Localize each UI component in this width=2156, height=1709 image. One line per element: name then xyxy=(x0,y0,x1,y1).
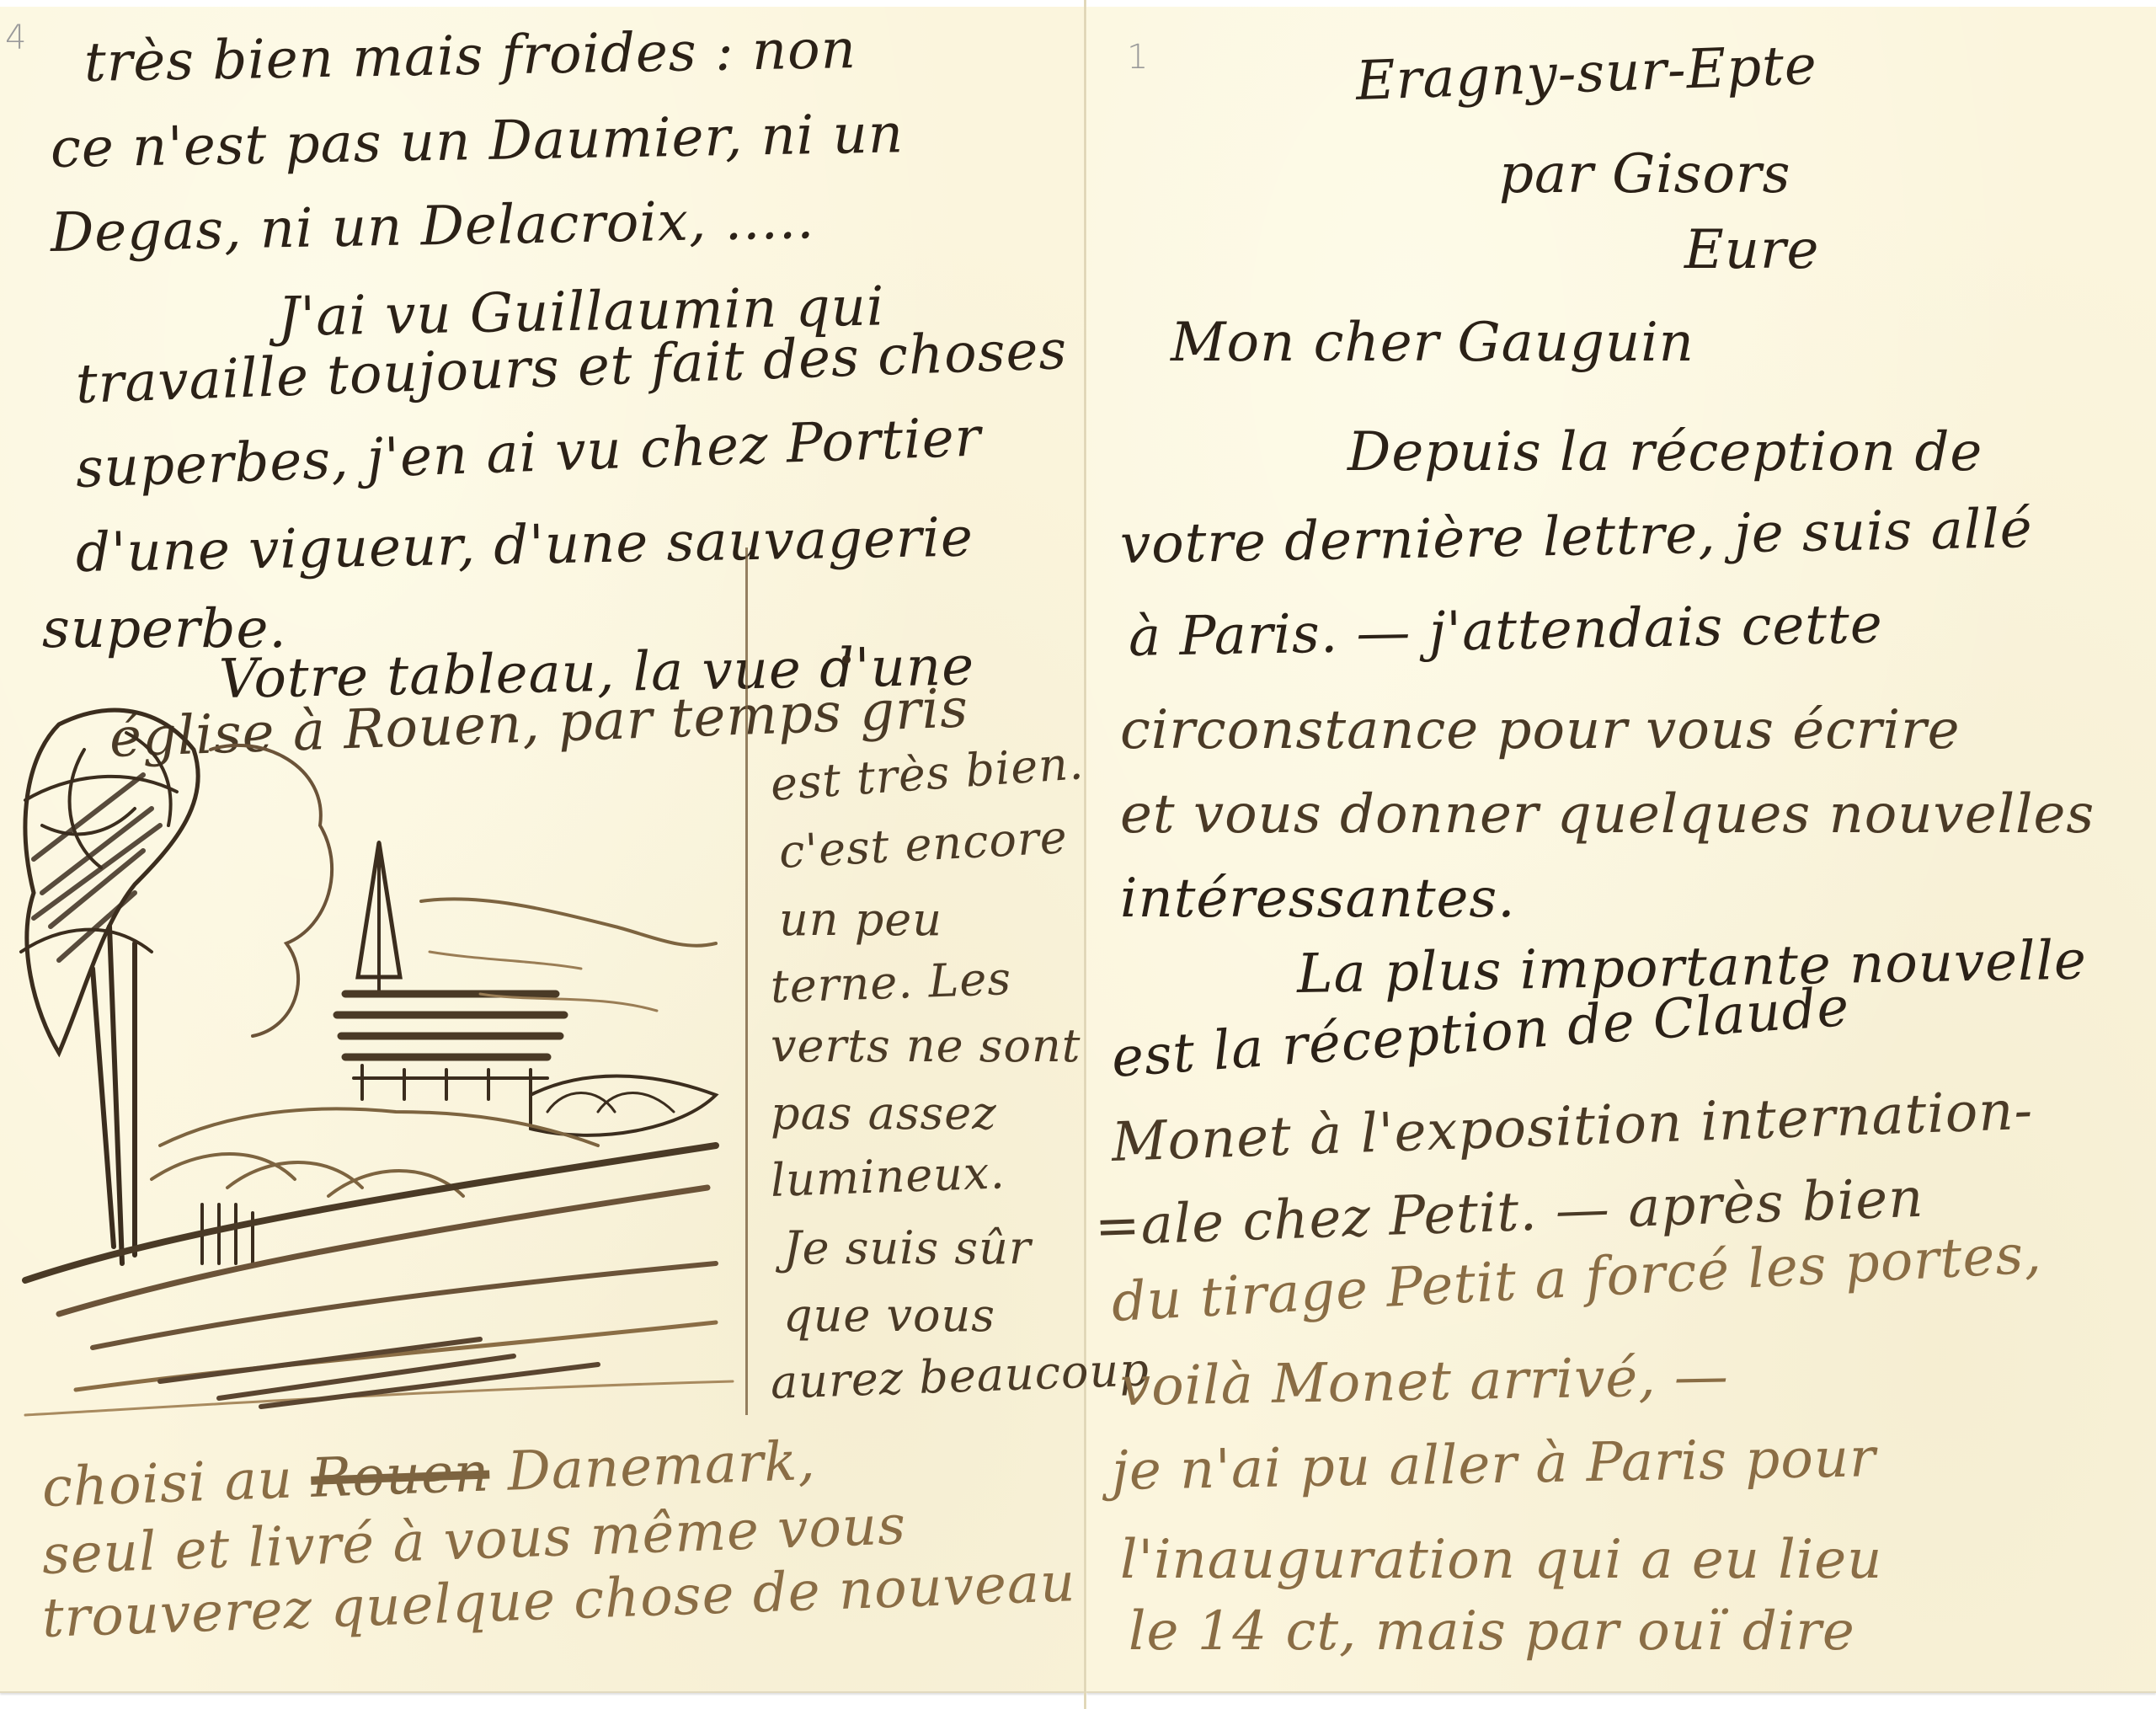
left-column-line-3: un peu xyxy=(779,893,942,946)
right-line-4: circonstance pour vous écrire xyxy=(1120,699,1961,761)
text-suffix: Danemark, xyxy=(506,1430,816,1503)
ink-dot xyxy=(842,655,851,664)
right-line-6: intéressantes. xyxy=(1120,868,1516,930)
right-line-14: l'inauguration qui a eu lieu xyxy=(1120,1529,1882,1591)
page-number-left: 4 xyxy=(5,19,26,57)
page-fold xyxy=(1084,0,1086,1709)
struck-word: Rouen xyxy=(310,1441,490,1509)
page-number-right: 1 xyxy=(1127,38,1148,77)
right-line-15: le 14 ct, mais par ouï dire xyxy=(1129,1600,1855,1663)
left-column-line-5: verts ne sont xyxy=(771,1019,1081,1072)
left-column-line-9: que vous xyxy=(783,1289,995,1342)
landscape-sketch-icon xyxy=(8,674,750,1432)
right-line-12: voilà Monet arrivé, — xyxy=(1119,1345,1729,1418)
left-column-line-7: lumineux. xyxy=(770,1146,1006,1207)
right-line-13: je n'ai pu aller à Paris pour xyxy=(1111,1427,1876,1503)
address-line-3: Eure xyxy=(1684,219,1819,281)
text-prefix: choisi au xyxy=(41,1449,294,1519)
left-line-3: Degas, ni un Delacroix, ..... xyxy=(50,189,815,264)
left-column-line-4: terne. Les xyxy=(770,952,1012,1013)
left-column-line-8: Je suis sûr xyxy=(783,1221,1032,1274)
right-line-3: à Paris. — j'attendais cette xyxy=(1128,593,1883,669)
right-line-1: Depuis la réception de xyxy=(1347,421,1983,483)
salutation: Mon cher Gauguin xyxy=(1171,312,1694,374)
left-column-line-6: pas assez xyxy=(771,1087,997,1140)
right-line-5: et vous donner quelques nouvelles xyxy=(1120,783,2095,846)
address-line-2: par Gisors xyxy=(1499,143,1790,206)
